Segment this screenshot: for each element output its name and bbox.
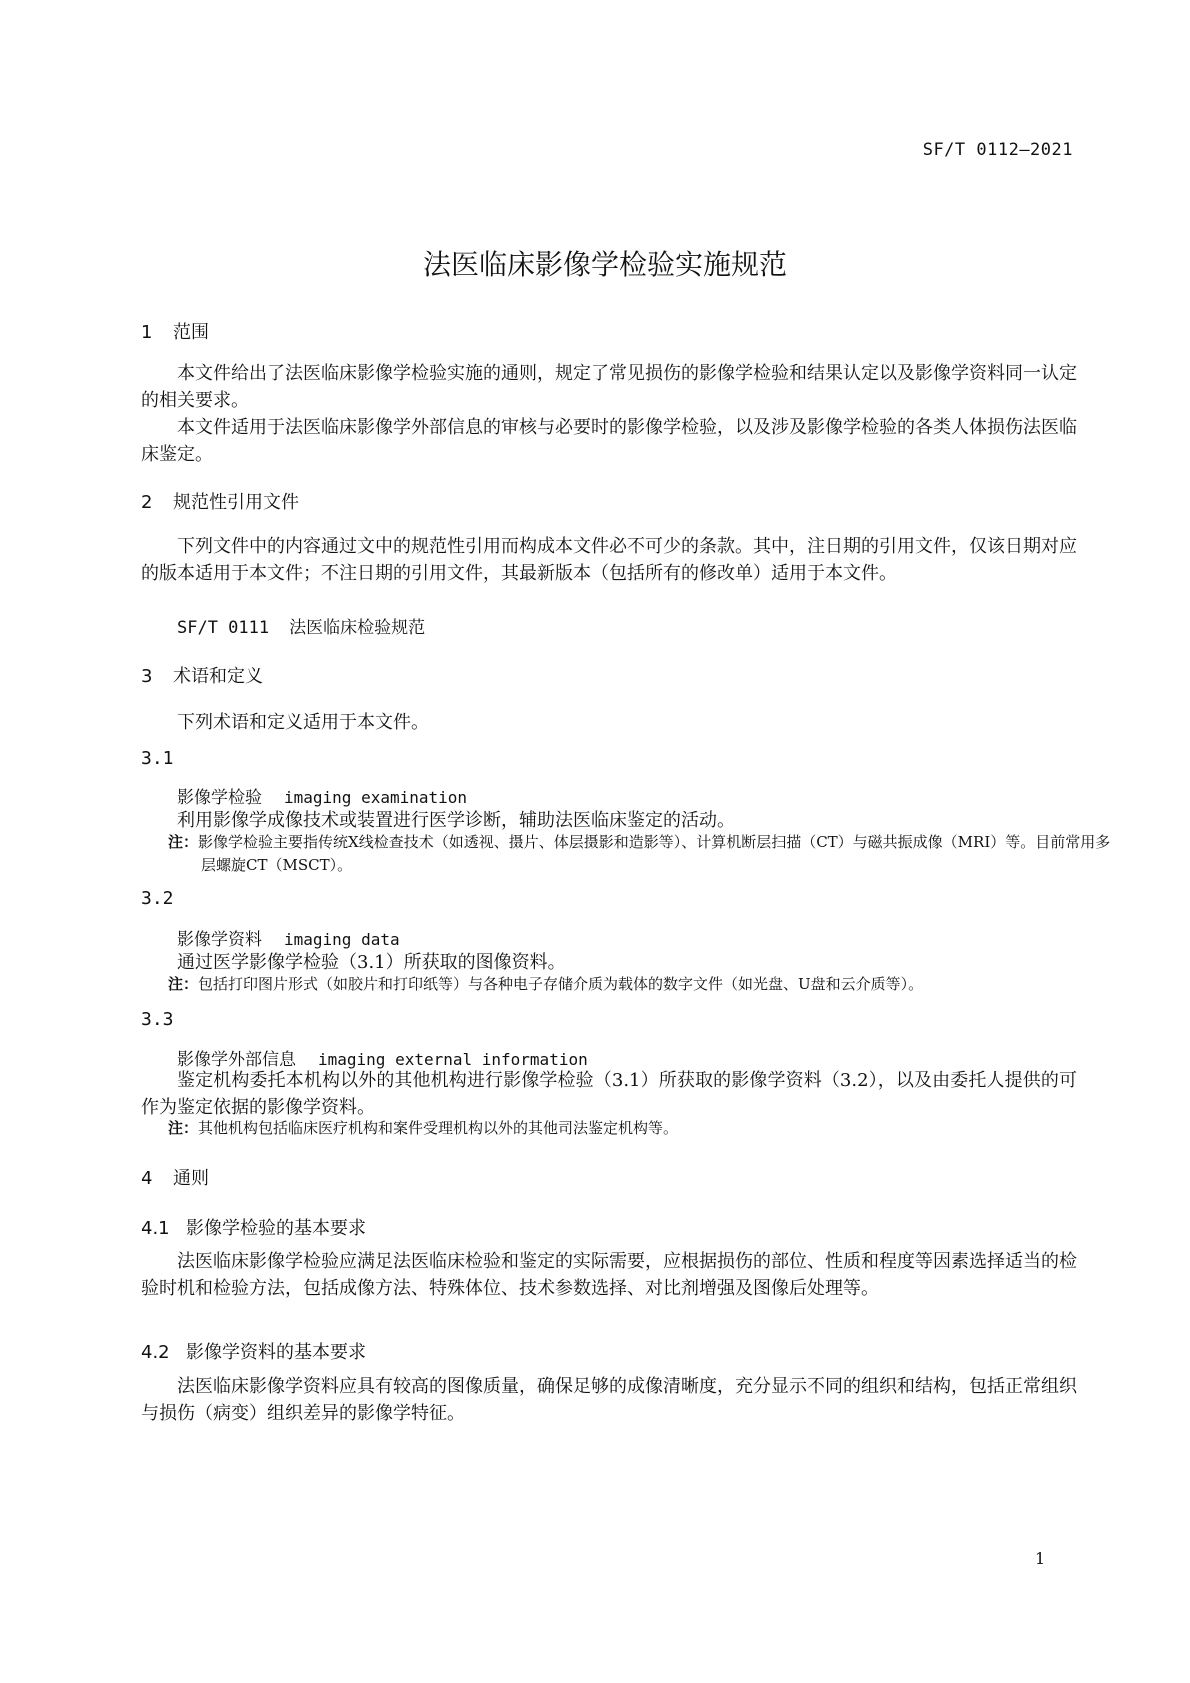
reference-title: 法医临床检验规范 xyxy=(289,618,425,638)
term-zh: 影像学检验 xyxy=(177,788,262,808)
section-2-heading: 2规范性引用文件 xyxy=(141,488,299,514)
term-number: 3.2 xyxy=(141,888,174,909)
term-definition: 利用影像学成像技术或装置进行医学诊断，辅助法医临床鉴定的活动。 xyxy=(177,806,735,832)
reference-code: SF/T 0111 xyxy=(177,618,269,638)
term-en: imaging examination xyxy=(284,788,467,807)
note-label: 注： xyxy=(168,833,198,851)
section-title: 规范性引用文件 xyxy=(173,492,299,513)
section-number: 2 xyxy=(141,492,173,513)
term-definition: 鉴定机构委托本机构以外的其他机构进行影像学检验（3.1）所获取的影像学资料（3.… xyxy=(141,1067,1077,1121)
section-title: 术语和定义 xyxy=(173,666,263,687)
section-number: 3 xyxy=(141,666,173,687)
note-text: 其他机构包括临床医疗机构和案件受理机构以外的其他司法鉴定机构等。 xyxy=(198,1119,678,1137)
standard-code: SF/T 0112—2021 xyxy=(923,140,1073,160)
section-number: 1 xyxy=(141,322,173,343)
term-zh: 影像学资料 xyxy=(177,930,262,950)
section-number: 4 xyxy=(141,1168,173,1189)
term-note: 注：影像学检验主要指传统X线检查技术（如透视、摄片、体层摄影和造影等）、计算机断… xyxy=(168,831,1113,877)
section-3-heading: 3术语和定义 xyxy=(141,662,263,688)
term-definition: 通过医学影像学检验（3.1）所获取的图像资料。 xyxy=(177,948,566,974)
subsection-title: 影像学检验的基本要求 xyxy=(186,1218,366,1239)
term-note: 注：其他机构包括临床医疗机构和案件受理机构以外的其他司法鉴定机构等。 xyxy=(168,1117,1113,1140)
terms-intro: 下列术语和定义适用于本文件。 xyxy=(177,708,429,734)
subsection-number: 4.2 xyxy=(141,1342,186,1363)
term-note: 注：包括打印图片形式（如胶片和打印纸等）与各种电子存储介质为载体的数字文件（如光… xyxy=(168,973,1113,996)
subsection-4-2-heading: 4.2影像学资料的基本要求 xyxy=(141,1338,366,1364)
note-label: 注： xyxy=(168,975,198,993)
term-en: imaging data xyxy=(284,930,400,949)
subsection-4-1-paragraph: 法医临床影像学检验应满足法医临床检验和鉴定的实际需要，应根据损伤的部位、性质和程… xyxy=(141,1248,1077,1302)
page-number: 1 xyxy=(1035,1549,1045,1568)
term-number: 3.3 xyxy=(141,1009,174,1030)
subsection-4-1-heading: 4.1影像学检验的基本要求 xyxy=(141,1214,366,1240)
note-text: 包括打印图片形式（如胶片和打印纸等）与各种电子存储介质为载体的数字文件（如光盘、… xyxy=(198,975,923,993)
section-title: 范围 xyxy=(173,322,209,343)
section-title: 通则 xyxy=(173,1168,209,1189)
document-title: 法医临床影像学检验实施规范 xyxy=(0,243,1190,283)
scope-paragraph-2: 本文件适用于法医临床影像学外部信息的审核与必要时的影像学检验，以及涉及影像学检验… xyxy=(141,414,1077,468)
subsection-title: 影像学资料的基本要求 xyxy=(186,1342,366,1363)
scope-paragraph-1: 本文件给出了法医临床影像学检验实施的通则，规定了常见损伤的影像学检验和结果认定以… xyxy=(141,360,1077,414)
subsection-number: 4.1 xyxy=(141,1218,186,1239)
note-label: 注： xyxy=(168,1119,198,1137)
reference-item: SF/T 0111法医临床检验规范 xyxy=(177,613,425,638)
term-heading: 影像学资料imaging data xyxy=(177,925,400,950)
section-1-heading: 1范围 xyxy=(141,318,209,344)
normative-references-paragraph: 下列文件中的内容通过文中的规范性引用而构成本文件必不可少的条款。其中，注日期的引… xyxy=(141,533,1077,587)
subsection-4-2-paragraph: 法医临床影像学资料应具有较高的图像质量，确保足够的成像清晰度，充分显示不同的组织… xyxy=(141,1373,1077,1427)
section-4-heading: 4通则 xyxy=(141,1164,209,1190)
term-number: 3.1 xyxy=(141,748,174,769)
term-heading: 影像学检验imaging examination xyxy=(177,783,467,808)
note-text: 影像学检验主要指传统X线检查技术（如透视、摄片、体层摄影和造影等）、计算机断层扫… xyxy=(198,833,1110,874)
